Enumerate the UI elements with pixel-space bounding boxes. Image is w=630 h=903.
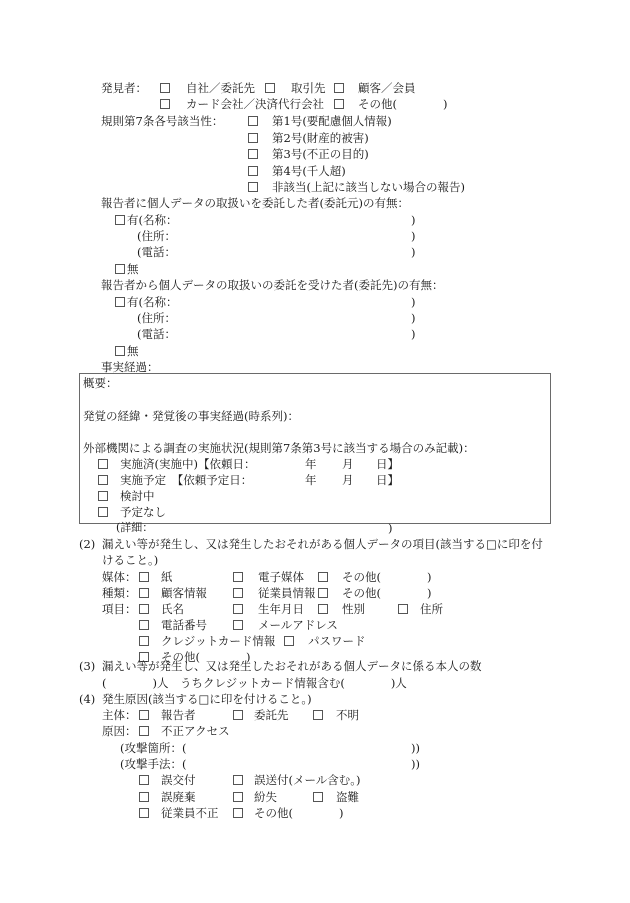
checkbox-discoverer-card[interactable] [160, 96, 170, 112]
option-label: 報告者 [161, 707, 196, 723]
checkbox-cause-wrong-delivery[interactable] [139, 772, 149, 788]
actor-label: 主体： [102, 707, 137, 723]
cause-label: 原因： [102, 723, 137, 739]
option-label: カード会社／決済代行会社 [186, 96, 324, 112]
option-label: 第4号(千人超) [272, 163, 346, 179]
checkbox-rule7-2[interactable] [248, 130, 258, 146]
checkbox-cause-theft[interactable] [313, 789, 323, 805]
facts-external: 外部機関による調査の実施状況(規則第7条第3号に該当する場合のみ記載)： [83, 440, 475, 456]
checkbox-cause-wrong-disposal[interactable] [139, 789, 149, 805]
checkbox-item-gender[interactable] [318, 601, 328, 617]
consignee-name-label: 有(名称： [127, 294, 178, 310]
option-label: 誤廃棄 [161, 789, 196, 805]
option-label: 第1号(要配慮個人情報) [272, 113, 392, 129]
paren-close: ) [411, 212, 416, 228]
checkbox-external-none[interactable] [98, 504, 108, 520]
option-label: 非該当(上記に該当しない場合の報告) [272, 179, 465, 195]
month-label: 月 [342, 456, 354, 472]
option-label: 自社／委託先 [186, 80, 255, 96]
section3-counts: ( )人 うちクレジットカード情報含む( )人 [102, 675, 407, 691]
checkbox-cause-unauthorized[interactable] [139, 723, 149, 739]
media-label: 媒体： [102, 569, 137, 585]
checkbox-item-password[interactable] [284, 633, 294, 649]
option-label: 不正アクセス [161, 723, 230, 739]
option-label: その他( ) [342, 569, 431, 585]
option-label: 紛失 [254, 789, 277, 805]
external-detail-label: (詳細： [116, 520, 153, 536]
facts-timeline: 発覚の経緯・発覚後の事実経過(時系列)： [83, 408, 299, 424]
option-label: 電子媒体 [258, 569, 304, 585]
option-label: メールアドレス [258, 617, 338, 633]
option-label: その他( ) [342, 585, 431, 601]
checkbox-kind-employee[interactable] [233, 585, 243, 601]
section2-title: 漏えい等が発生し、又は発生したおそれがある個人データの項目(該当する□に印を付 [102, 536, 543, 552]
checkbox-cause-employee[interactable] [139, 805, 149, 821]
checkbox-cause-other[interactable] [233, 805, 243, 821]
paren-close: ) [411, 228, 416, 244]
checkbox-cause-lost[interactable] [233, 789, 243, 805]
option-label: 顧客／会員 [358, 80, 416, 96]
paren-close: ) [411, 294, 416, 310]
checkbox-external-considering[interactable] [98, 488, 108, 504]
item-label: 項目： [102, 601, 137, 617]
checkbox-consignee-yes[interactable] [115, 294, 125, 310]
section3-title: 漏えい等が発生し、又は発生したおそれがある個人データに係る本人の数 [102, 658, 482, 674]
checkbox-kind-customer[interactable] [139, 585, 149, 601]
checkbox-item-phone[interactable] [139, 617, 149, 633]
option-label: 第3号(不正の目的) [272, 146, 369, 162]
checkbox-media-paper[interactable] [139, 569, 149, 585]
checkbox-rule7-1[interactable] [248, 113, 258, 129]
option-label: 性別 [342, 601, 365, 617]
checkbox-consignee-no[interactable] [115, 343, 125, 359]
checkbox-external-planned[interactable] [98, 472, 108, 488]
consignee-phone-label: (電話： [137, 326, 176, 342]
attack-point-label: (攻撃箇所：( [120, 740, 186, 756]
option-label: その他( ) [358, 96, 447, 112]
checkbox-media-electronic[interactable] [233, 569, 243, 585]
day-label: 日】 [376, 456, 399, 472]
checkbox-item-email[interactable] [233, 617, 243, 633]
checkbox-rule7-3[interactable] [248, 146, 258, 162]
option-label: 誤送付(メール含む。) [254, 772, 361, 788]
external-planned-label: 実施予定 【依頼予定日： [120, 472, 252, 488]
option-label: クレジットカード情報 [161, 633, 275, 649]
checkbox-actor-reporter[interactable] [139, 707, 149, 723]
checkbox-item-credit[interactable] [139, 633, 149, 649]
option-label: 盗難 [336, 789, 359, 805]
checkbox-consignor-yes[interactable] [115, 212, 125, 228]
option-label: 紙 [161, 569, 173, 585]
option-label: 不明 [336, 707, 359, 723]
checkbox-rule7-none[interactable] [248, 179, 258, 195]
section3-number: (3) [79, 658, 95, 674]
paren-close: ) [411, 326, 416, 342]
external-none-label: 予定なし [120, 504, 166, 520]
option-label: 誤交付 [161, 772, 196, 788]
consignor-label: 報告者に個人データの取扱いを委託した者(委託元)の有無： [101, 195, 409, 211]
section2-title-cont: けること。) [102, 552, 158, 568]
option-label: 住所 [420, 601, 443, 617]
rule7-label: 規則第7条各号該当性： [101, 113, 223, 129]
checkbox-discoverer-partner[interactable] [265, 80, 275, 96]
checkbox-rule7-4[interactable] [248, 163, 258, 179]
checkbox-item-birthdate[interactable] [233, 601, 243, 617]
consignee-label: 報告者から個人データの取扱いの委託を受けた者(委託先)の有無： [101, 277, 443, 293]
month-label: 月 [342, 472, 354, 488]
day-label: 日】 [376, 472, 399, 488]
checkbox-actor-unknown[interactable] [313, 707, 323, 723]
option-label: 電話番号 [161, 617, 207, 633]
option-label: パスワード [308, 633, 366, 649]
paren-close: ) [388, 520, 393, 536]
attack-method-label: (攻撃手法：( [120, 756, 186, 772]
kind-label: 種類： [102, 585, 137, 601]
checkbox-discoverer-own[interactable] [160, 80, 170, 96]
section4-number: (4) [79, 691, 95, 707]
option-label: その他( ) [254, 805, 343, 821]
consignee-address-label: (住所： [137, 310, 176, 326]
option-label: 氏名 [161, 601, 184, 617]
checkbox-item-address[interactable] [398, 601, 408, 617]
option-label: 取引先 [291, 80, 326, 96]
option-label: 第2号(財産的被害) [272, 130, 369, 146]
consignee-no-label: 無 [127, 343, 139, 359]
checkbox-media-other[interactable] [318, 569, 328, 585]
consignor-name-label: 有(名称： [127, 212, 178, 228]
checkbox-item-name[interactable] [139, 601, 149, 617]
checkbox-cause-missend[interactable] [233, 772, 243, 788]
option-label: 生年月日 [258, 601, 304, 617]
checkbox-discoverer-customer[interactable] [334, 80, 344, 96]
section2-number: (2) [79, 536, 95, 552]
option-label: 従業員不正 [161, 805, 219, 821]
checkbox-actor-consignee[interactable] [233, 707, 243, 723]
consignor-phone-label: (電話： [137, 244, 176, 260]
paren-close: ) [411, 244, 416, 260]
paren-close: ) [411, 310, 416, 326]
external-done-label: 実施済(実施中)【依頼日： [120, 456, 255, 472]
option-label: 従業員情報 [258, 585, 316, 601]
paren-close: )) [411, 756, 420, 772]
checkbox-kind-other[interactable] [318, 585, 328, 601]
consignor-address-label: (住所： [137, 228, 176, 244]
external-considering-label: 検討中 [120, 488, 155, 504]
option-label: 委託先 [254, 707, 289, 723]
year-label: 年 [305, 472, 317, 488]
consignor-no-label: 無 [127, 261, 139, 277]
discoverer-label: 発見者： [101, 80, 147, 96]
section4-title: 発生原因(該当する□に印を付けること。) [102, 691, 312, 707]
checkbox-discoverer-other[interactable] [334, 96, 344, 112]
checkbox-consignor-no[interactable] [115, 261, 125, 277]
year-label: 年 [305, 456, 317, 472]
paren-close: )) [411, 740, 420, 756]
facts-summary: 概要： [83, 375, 118, 391]
option-label: 顧客情報 [161, 585, 207, 601]
checkbox-external-done[interactable] [98, 456, 108, 472]
